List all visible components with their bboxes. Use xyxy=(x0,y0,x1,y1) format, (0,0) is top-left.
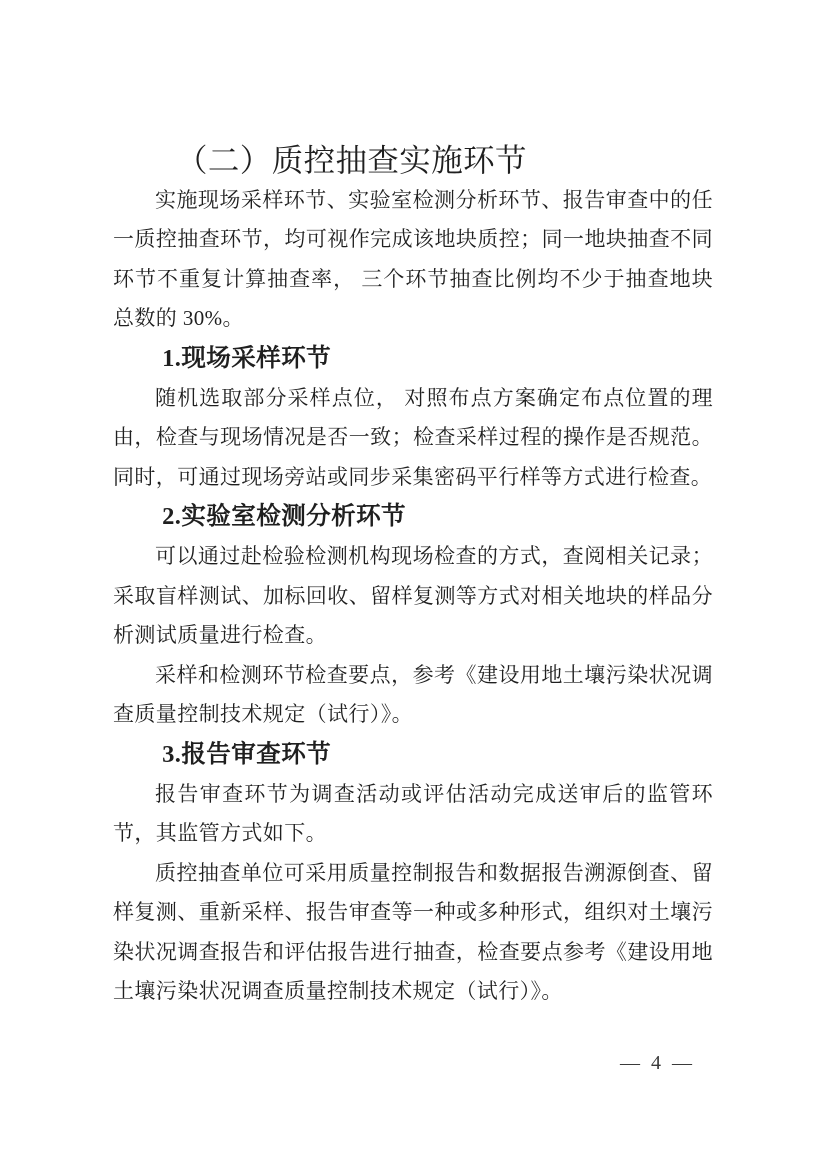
numbered-heading-field-sampling: 1.现场采样环节 xyxy=(113,339,713,379)
paragraph-report-review-intro: 报告审查环节为调查活动或评估活动完成送审后的监管环节，其监管方式如下。 xyxy=(113,775,713,854)
paragraph-report-review-detail: 质控抽查单位可采用质量控制报告和数据报告溯源倒查、留样复测、重新采样、报告审查等… xyxy=(113,854,713,1012)
document-content: （二）质控抽查实施环节 实施现场采样环节、实验室检测分析环节、报告审查中的任一质… xyxy=(113,141,713,1012)
subsection-heading-qc-spot-check-implementation: （二）质控抽查实施环节 xyxy=(113,141,713,181)
paragraph-field-sampling-detail: 随机选取部分采样点位， 对照布点方案确定布点位置的理由，检查与现场情况是否一致；… xyxy=(113,379,713,498)
paragraph-sampling-testing-reference: 采样和检测环节检查要点，参考《建设用地土壤污染状况调查质量控制技术规定（试行）》… xyxy=(113,656,713,735)
numbered-heading-report-review: 3.报告审查环节 xyxy=(113,735,713,775)
document-page: （二）质控抽查实施环节 实施现场采样环节、实验室检测分析环节、报告审查中的任一质… xyxy=(0,0,827,1169)
paragraph-qc-spot-check-overview: 实施现场采样环节、实验室检测分析环节、报告审查中的任一质控抽查环节，均可视作完成… xyxy=(113,181,713,339)
numbered-heading-laboratory-testing: 2.实验室检测分析环节 xyxy=(113,497,713,537)
paragraph-laboratory-testing-detail: 可以通过赴检验检测机构现场检查的方式，查阅相关记录；采取盲样测试、加标回收、留样… xyxy=(113,537,713,656)
page-number: — 4 — xyxy=(620,1051,695,1075)
